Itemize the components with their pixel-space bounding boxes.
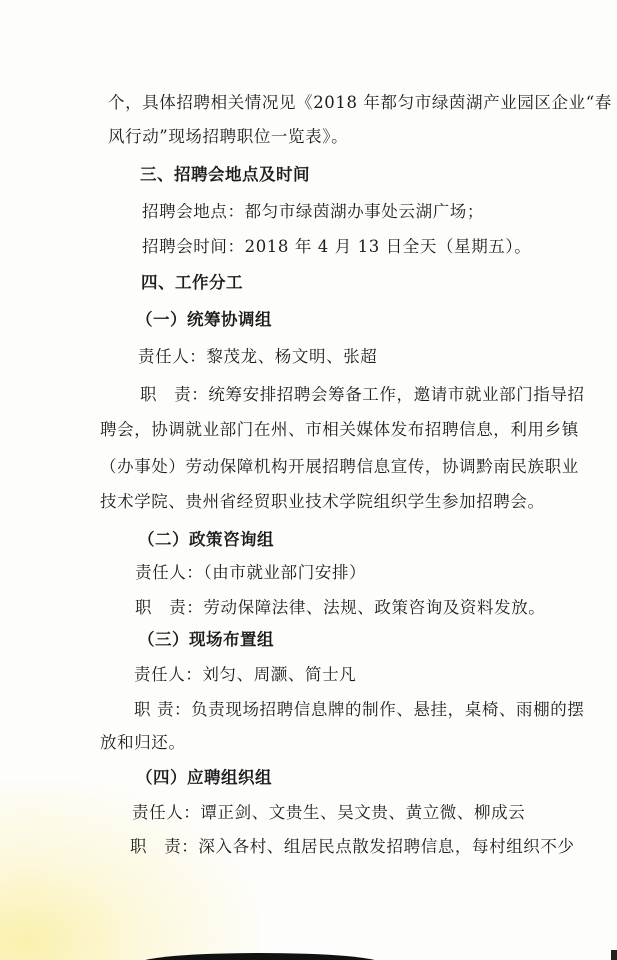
group-responsible: 责任人：谭正剑、文贵生、吴文贵、黄立微、柳成云 <box>132 803 525 823</box>
group-responsible: 责任人：黎茂龙、杨文明、张超 <box>138 347 377 367</box>
group-title: （四）应聘组织组 <box>136 768 272 788</box>
group-duty-line: 职 责：深入各村、组居民点散发招聘信息，每村组织不少 <box>130 837 575 857</box>
group-responsible: 责任人：刘匀、周灏、简士凡 <box>134 665 356 685</box>
group-duty-line: 职 责：负责现场招聘信息牌的制作、悬挂，桌椅、雨棚的摆 <box>134 700 584 720</box>
group-duty-line: 职 责：劳动保障法律、法规、政策咨询及资料发放。 <box>135 598 545 618</box>
venue-line: 招聘会地点：都匀市绿茵湖办事处云湖广场； <box>142 202 484 222</box>
group-title: （二）政策咨询组 <box>138 530 274 550</box>
group-duty-line: 聘会，协调就业部门在州、市相关媒体发布招聘信息，利用乡镇 <box>100 420 579 440</box>
group-responsible: 责任人：（由市就业部门安排） <box>135 563 366 583</box>
group-title: （三）现场布置组 <box>138 630 274 650</box>
paragraph-line: 个，具体招聘相关情况见《2018 年都匀市绿茵湖产业园区企业“春 <box>108 93 612 113</box>
scan-edge-mark <box>611 950 617 960</box>
date-line: 招聘会时间：2018 年 4 月 13 日全天（星期五）。 <box>142 237 531 257</box>
paragraph-line: 风行动”现场招聘职位一览表》。 <box>108 127 348 147</box>
group-duty-line: （办事处）劳动保障机构开展招聘信息宣传，协调黔南民族职业 <box>100 457 579 477</box>
group-duty-line: 职 责：统筹安排招聘会筹备工作，邀请市就业部门指导招 <box>140 385 585 405</box>
group-duty-line: 放和归还。 <box>100 733 186 753</box>
scan-shadow <box>140 953 380 960</box>
section-heading-4: 四、工作分工 <box>141 273 243 293</box>
section-heading-3: 三、招聘会地点及时间 <box>140 165 310 185</box>
group-duty-line: 技术学院、贵州省经贸职业技术学院组织学生参加招聘会。 <box>100 492 545 512</box>
group-title: （一）统筹协调组 <box>136 310 272 330</box>
